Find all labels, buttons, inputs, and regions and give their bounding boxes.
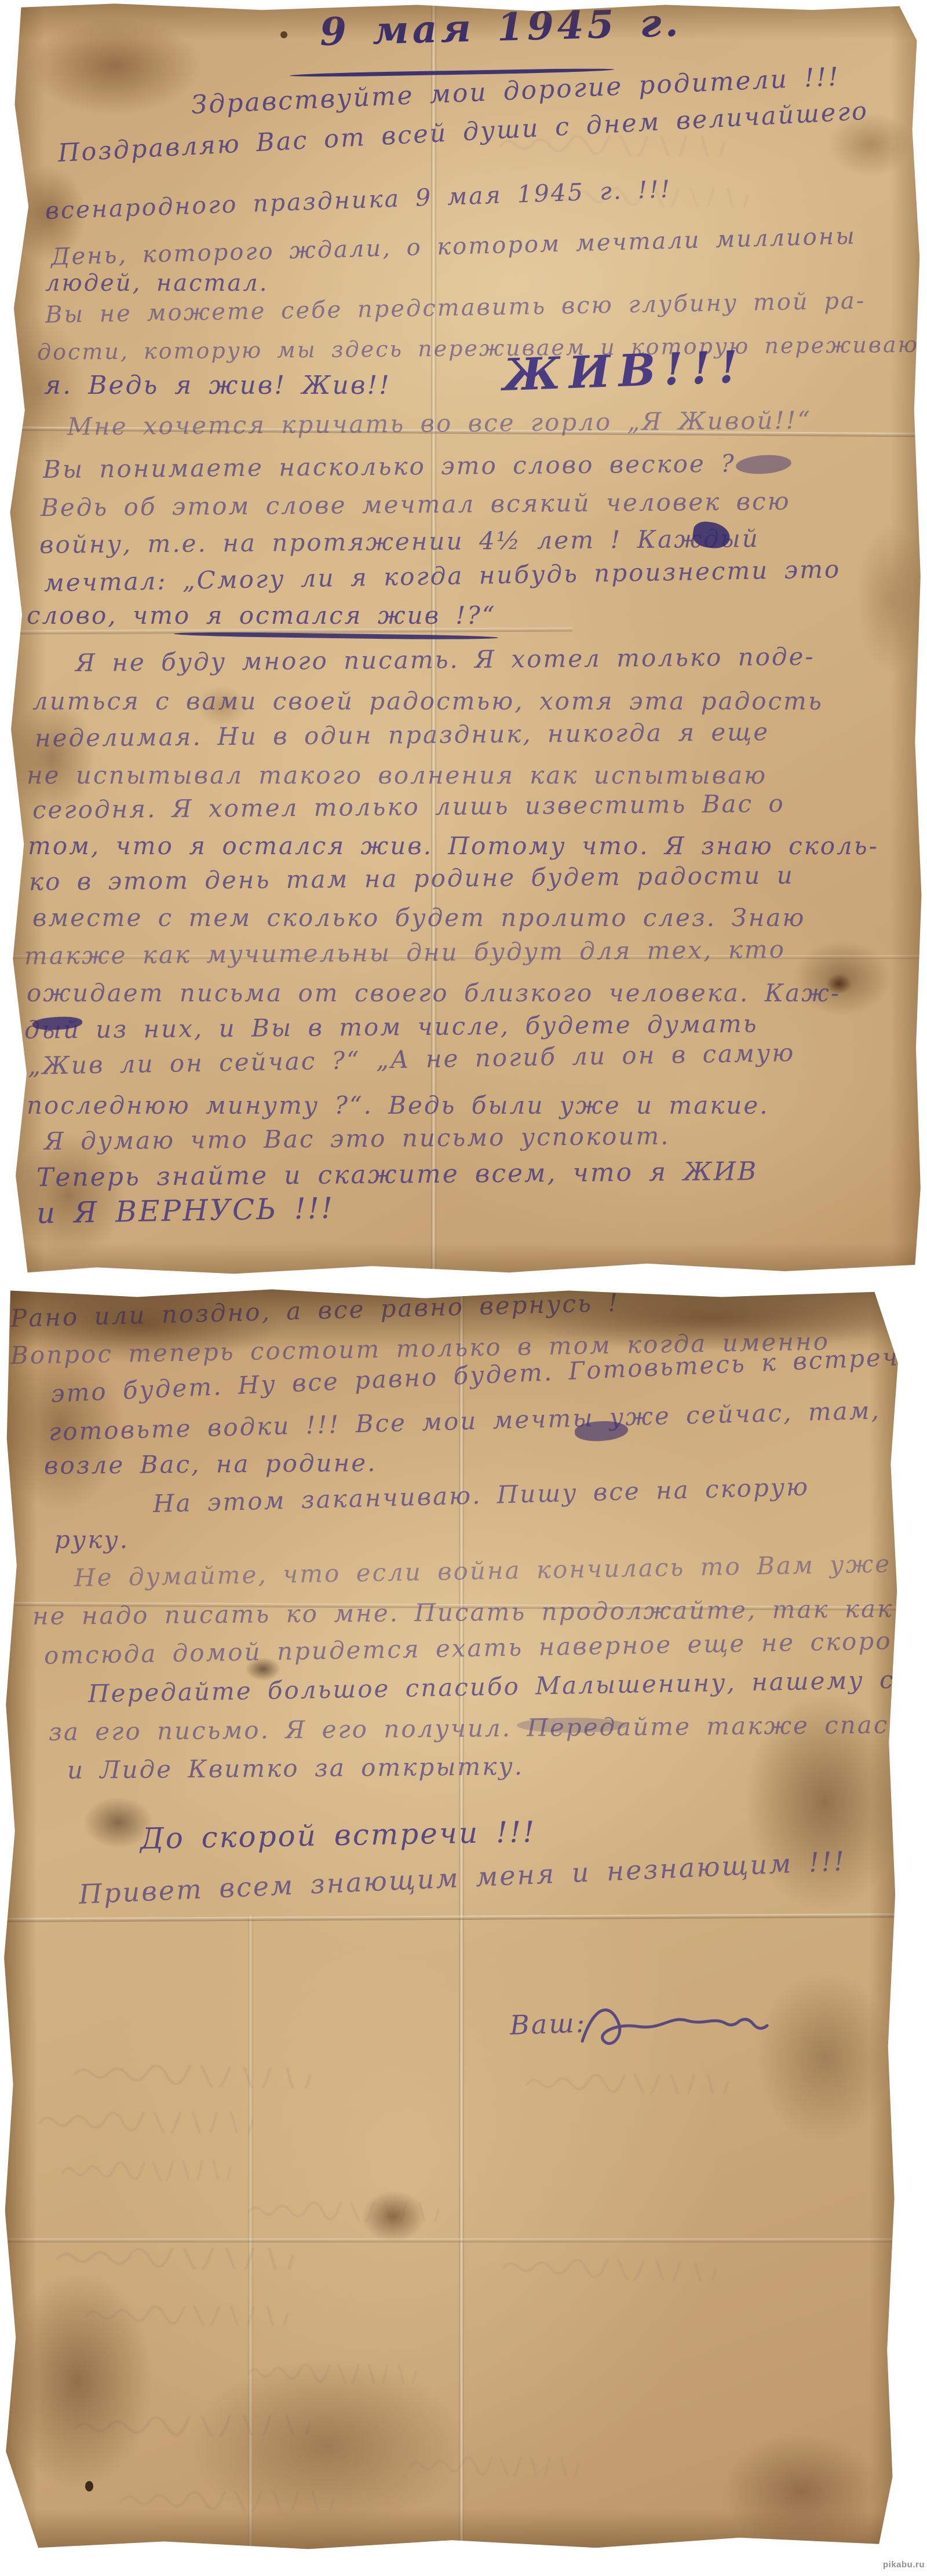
letter-line: готовьте водки !!! Все мои мечты уже сей… [48,1398,881,1444]
letter-line: Не думайте, что если война кончилась то … [74,1552,892,1590]
flourish-underline [174,631,498,641]
ink-showthrough [246,2202,443,2222]
letter-line: ко в этот день там на родине будет радос… [29,863,794,894]
stain [756,1970,895,2144]
ink-showthrough [246,2364,419,2384]
letter-line: отсюда домой придется ехать наверное еще… [44,1629,902,1668]
stain [362,2190,425,2242]
letter-line: не надо писать ко мне. Писать продолжайт… [32,1597,893,1629]
ink-showthrough [60,2160,235,2182]
letter-line: Вы понимаете насколько это слово веское … [43,452,736,482]
letter-line: людей, настал. [45,272,268,295]
letter-line: войну, т.е. на протяжении 4½ лет ! Кажды… [39,526,760,557]
letter-line: Передайте большое спасибо Малышенину, на… [88,1666,927,1706]
letter-line: На этом заканчиваю. Пишу все на скорую [152,1474,809,1516]
ink-dot [280,31,287,38]
fold-crease [2,2238,902,2242]
letter-line-zhiv: ЖИВ!!! [502,345,747,397]
letter-line: Мне хочется кричать во все горло „Я Живо… [67,408,812,439]
stain [2,2271,153,2491]
ink-showthrough [72,2063,316,2088]
letter-line: не испытывал такого волнения как испытыв… [27,763,767,788]
letter-line: последнюю минуту ?“. Ведь были уже и так… [27,1093,769,1118]
letter-line: День, которого ждали, о котором мечтали … [50,225,856,269]
letter-line: Теперь знайте и скажите всем, что я ЖИВ [37,1159,758,1191]
ink-smudge [517,1718,627,1733]
letter-line: Ведь об этом слове мечтал всякий человек… [41,489,791,520]
letter-line: и Я ВЕРНУСЬ !!! [37,1194,335,1228]
letter-page-2: Рано или поздно, а все равно вернусь ! В… [2,1287,902,2553]
letter-line: возле Вас, на родине. [44,1451,377,1478]
letter-line: всенародного праздника 9 мая 1945 г. !!! [45,177,672,223]
letter-line: ожидает письма от своего близкого челове… [27,981,841,1005]
letter-line: также как мучительны дни будут для тех, … [24,938,786,968]
ink-showthrough [118,2491,338,2511]
scanned-letter-screenshot: { "letter": { "date_title": "9 мая 1945 … [0,0,927,2576]
letter-line: Я думаю что Вас это письмо успокоит. [44,1124,670,1154]
letter-line: Поздравляю Вас от всей души с днем велич… [57,99,869,166]
signature-scribble [574,1989,774,2063]
letter-line: литься с вами своей радостью, хотя эта р… [32,689,823,713]
letter-line: за его письмо. Я его получил. Передайте … [49,1713,927,1744]
letter-line: мечтал: „Смогу ли я когда нибудь произне… [44,557,841,595]
ink-showthrough [83,2306,292,2326]
letter-line: я. Ведь я жив! Жив!! [44,373,391,398]
letter-date-title: 9 мая 1945 г. [319,3,682,51]
letter-line: дости, которую мы здесь переживаем и кот… [37,334,919,363]
ink-showthrough [54,2248,298,2269]
ink-showthrough [408,2457,582,2476]
letter-line: слово, что я остался жив !?“ [27,603,496,628]
fold-crease [459,1287,464,2553]
letter-line: „Жив ли он сейчас ?“ „А не погиб ли он в… [28,1041,795,1078]
ink-showthrough [72,2414,316,2439]
ink-showthrough [501,2258,721,2282]
fold-crease [2,1913,902,1922]
letter-line: Рано или поздно, а все равно вернусь ! [10,1290,619,1331]
letter-line: вместе с тем сколько будет пролито слез.… [32,906,805,930]
letter-line: Я не буду много писать. Я хотел только п… [75,645,815,675]
letter-line: неделимая. Ни в один праздник, никогда я… [35,720,770,751]
fold-crease [248,1916,253,2553]
letter-line: и Лиде Квитко за открытку. [67,1754,524,1783]
letter-line: том, что я остался жив. Потому что. Я зн… [28,834,879,858]
ink-smudge [735,453,792,476]
letter-line: дый из них, и Вы в том числе, будете дум… [24,1012,758,1042]
stain [856,524,926,674]
letter-page-1: 9 мая 1945 г. Здравствуйте мои дорогие р… [5,2,922,1278]
letter-line: сегодня. Я хотел только лишь известить В… [32,792,785,822]
stain [188,2358,466,2532]
letter-line: Привет всем знающим меня и незнающим !!! [78,1847,846,1908]
letter-line: До скорой встречи !!! [140,1817,537,1853]
ink-showthrough [524,2074,732,2094]
letter-line: руку. [54,1528,129,1552]
site-watermark: pikabu.ru [874,2560,925,2570]
ink-dot [85,2481,93,2491]
ink-showthrough [37,2112,257,2133]
stain [721,2434,883,2549]
stain [28,17,202,115]
